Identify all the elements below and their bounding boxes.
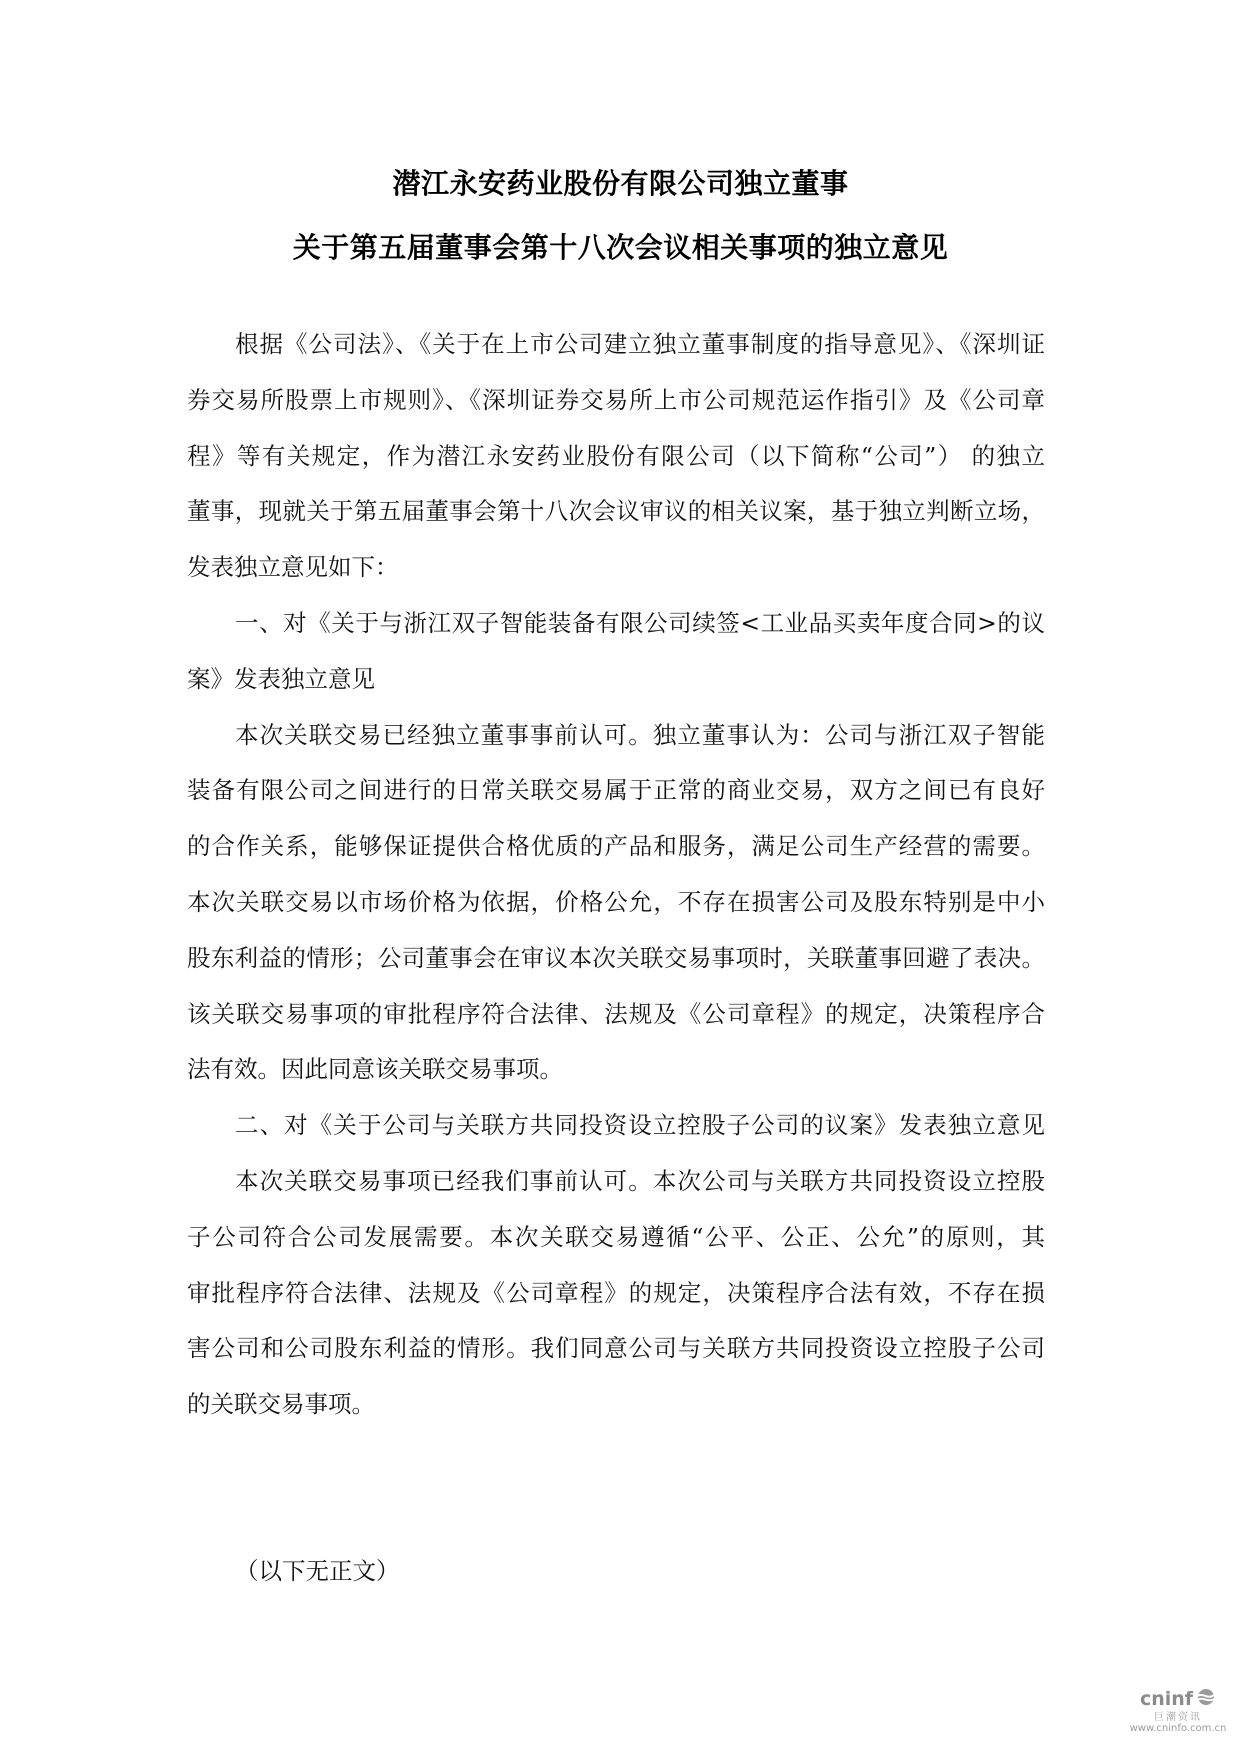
document-page: 潜江永安药业股份有限公司独立董事 关于第五届董事会第十八次会议相关事项的独立意见… bbox=[0, 0, 1241, 1754]
section-heading-1-cont: 案》发表独立意见 bbox=[187, 661, 1045, 717]
closing-note: （以下无正文） bbox=[187, 1553, 1045, 1609]
body-line: 的合作关系，能够保证提供合格优质的产品和服务，满足公司生产经营的需要。 bbox=[187, 828, 1045, 884]
document-title-line-1: 潜江永安药业股份有限公司独立董事 bbox=[0, 162, 1241, 202]
section-heading-2: 二、对《关于公司与关联方共同投资设立控股子公司的议案》发表独立意见 bbox=[187, 1107, 1045, 1163]
body-line: 根据《公司法》、《关于在上市公司建立独立董事制度的指导意见》、《深圳证 bbox=[187, 326, 1045, 382]
spacer bbox=[187, 1442, 1045, 1553]
watermark-brand-cn: 巨潮资讯 bbox=[1118, 1708, 1238, 1723]
body-line: 程》等有关规定，作为潜江永安药业股份有限公司（以下简称“公司”） 的独立 bbox=[187, 438, 1045, 494]
cninfo-logo-icon bbox=[1196, 1688, 1216, 1710]
body-line: 券交易所股票上市规则》、《深圳证券交易所上市公司规范运作指引》及《公司章 bbox=[187, 382, 1045, 438]
body-line: 审批程序符合法律、法规及《公司章程》的规定，决策程序合法有效，不存在损 bbox=[187, 1275, 1045, 1331]
body-line: 该关联交易事项的审批程序符合法律、法规及《公司章程》的规定，决策程序合 bbox=[187, 996, 1045, 1052]
body-line: 本次关联交易以市场价格为依据，价格公允，不存在损害公司及股东特别是中小 bbox=[187, 884, 1045, 940]
body-line: 装备有限公司之间进行的日常关联交易属于正常的商业交易，双方之间已有良好 bbox=[187, 772, 1045, 828]
body-line: 的关联交易事项。 bbox=[187, 1386, 1045, 1442]
body-line: 子公司符合公司发展需要。本次关联交易遵循“公平、公正、公允”的原则，其 bbox=[187, 1219, 1045, 1275]
watermark-logo-row: cninf bbox=[1118, 1688, 1238, 1710]
body-line: 股东利益的情形；公司董事会在审议本次关联交易事项时，关联董事回避了表决。 bbox=[187, 940, 1045, 996]
watermark-url: www.cninfo.com.cn bbox=[1118, 1723, 1238, 1734]
body-line: 法有效。因此同意该关联交易事项。 bbox=[187, 1051, 1045, 1107]
body-line: 董事，现就关于第五届董事会第十八次会议审议的相关议案，基于独立判断立场， bbox=[187, 493, 1045, 549]
body-line: 本次关联交易事项已经我们事前认可。本次公司与关联方共同投资设立控股 bbox=[187, 1163, 1045, 1219]
section-heading-1: 一、对《关于与浙江双子智能装备有限公司续签<工业品买卖年度合同>的议 bbox=[187, 605, 1045, 661]
body-line: 发表独立意见如下： bbox=[187, 549, 1045, 605]
cninfo-watermark: cninf 巨潮资讯 www.cninfo.com.cn bbox=[1118, 1688, 1238, 1734]
document-body: 根据《公司法》、《关于在上市公司建立独立董事制度的指导意见》、《深圳证 券交易所… bbox=[187, 326, 1045, 1609]
body-line: 害公司和公司股东利益的情形。我们同意公司与关联方共同投资设立控股子公司 bbox=[187, 1330, 1045, 1386]
document-title-line-2: 关于第五届董事会第十八次会议相关事项的独立意见 bbox=[0, 226, 1241, 266]
body-line: 本次关联交易已经独立董事事前认可。独立董事认为：公司与浙江双子智能 bbox=[187, 717, 1045, 773]
watermark-brand: cninf bbox=[1140, 1688, 1193, 1710]
